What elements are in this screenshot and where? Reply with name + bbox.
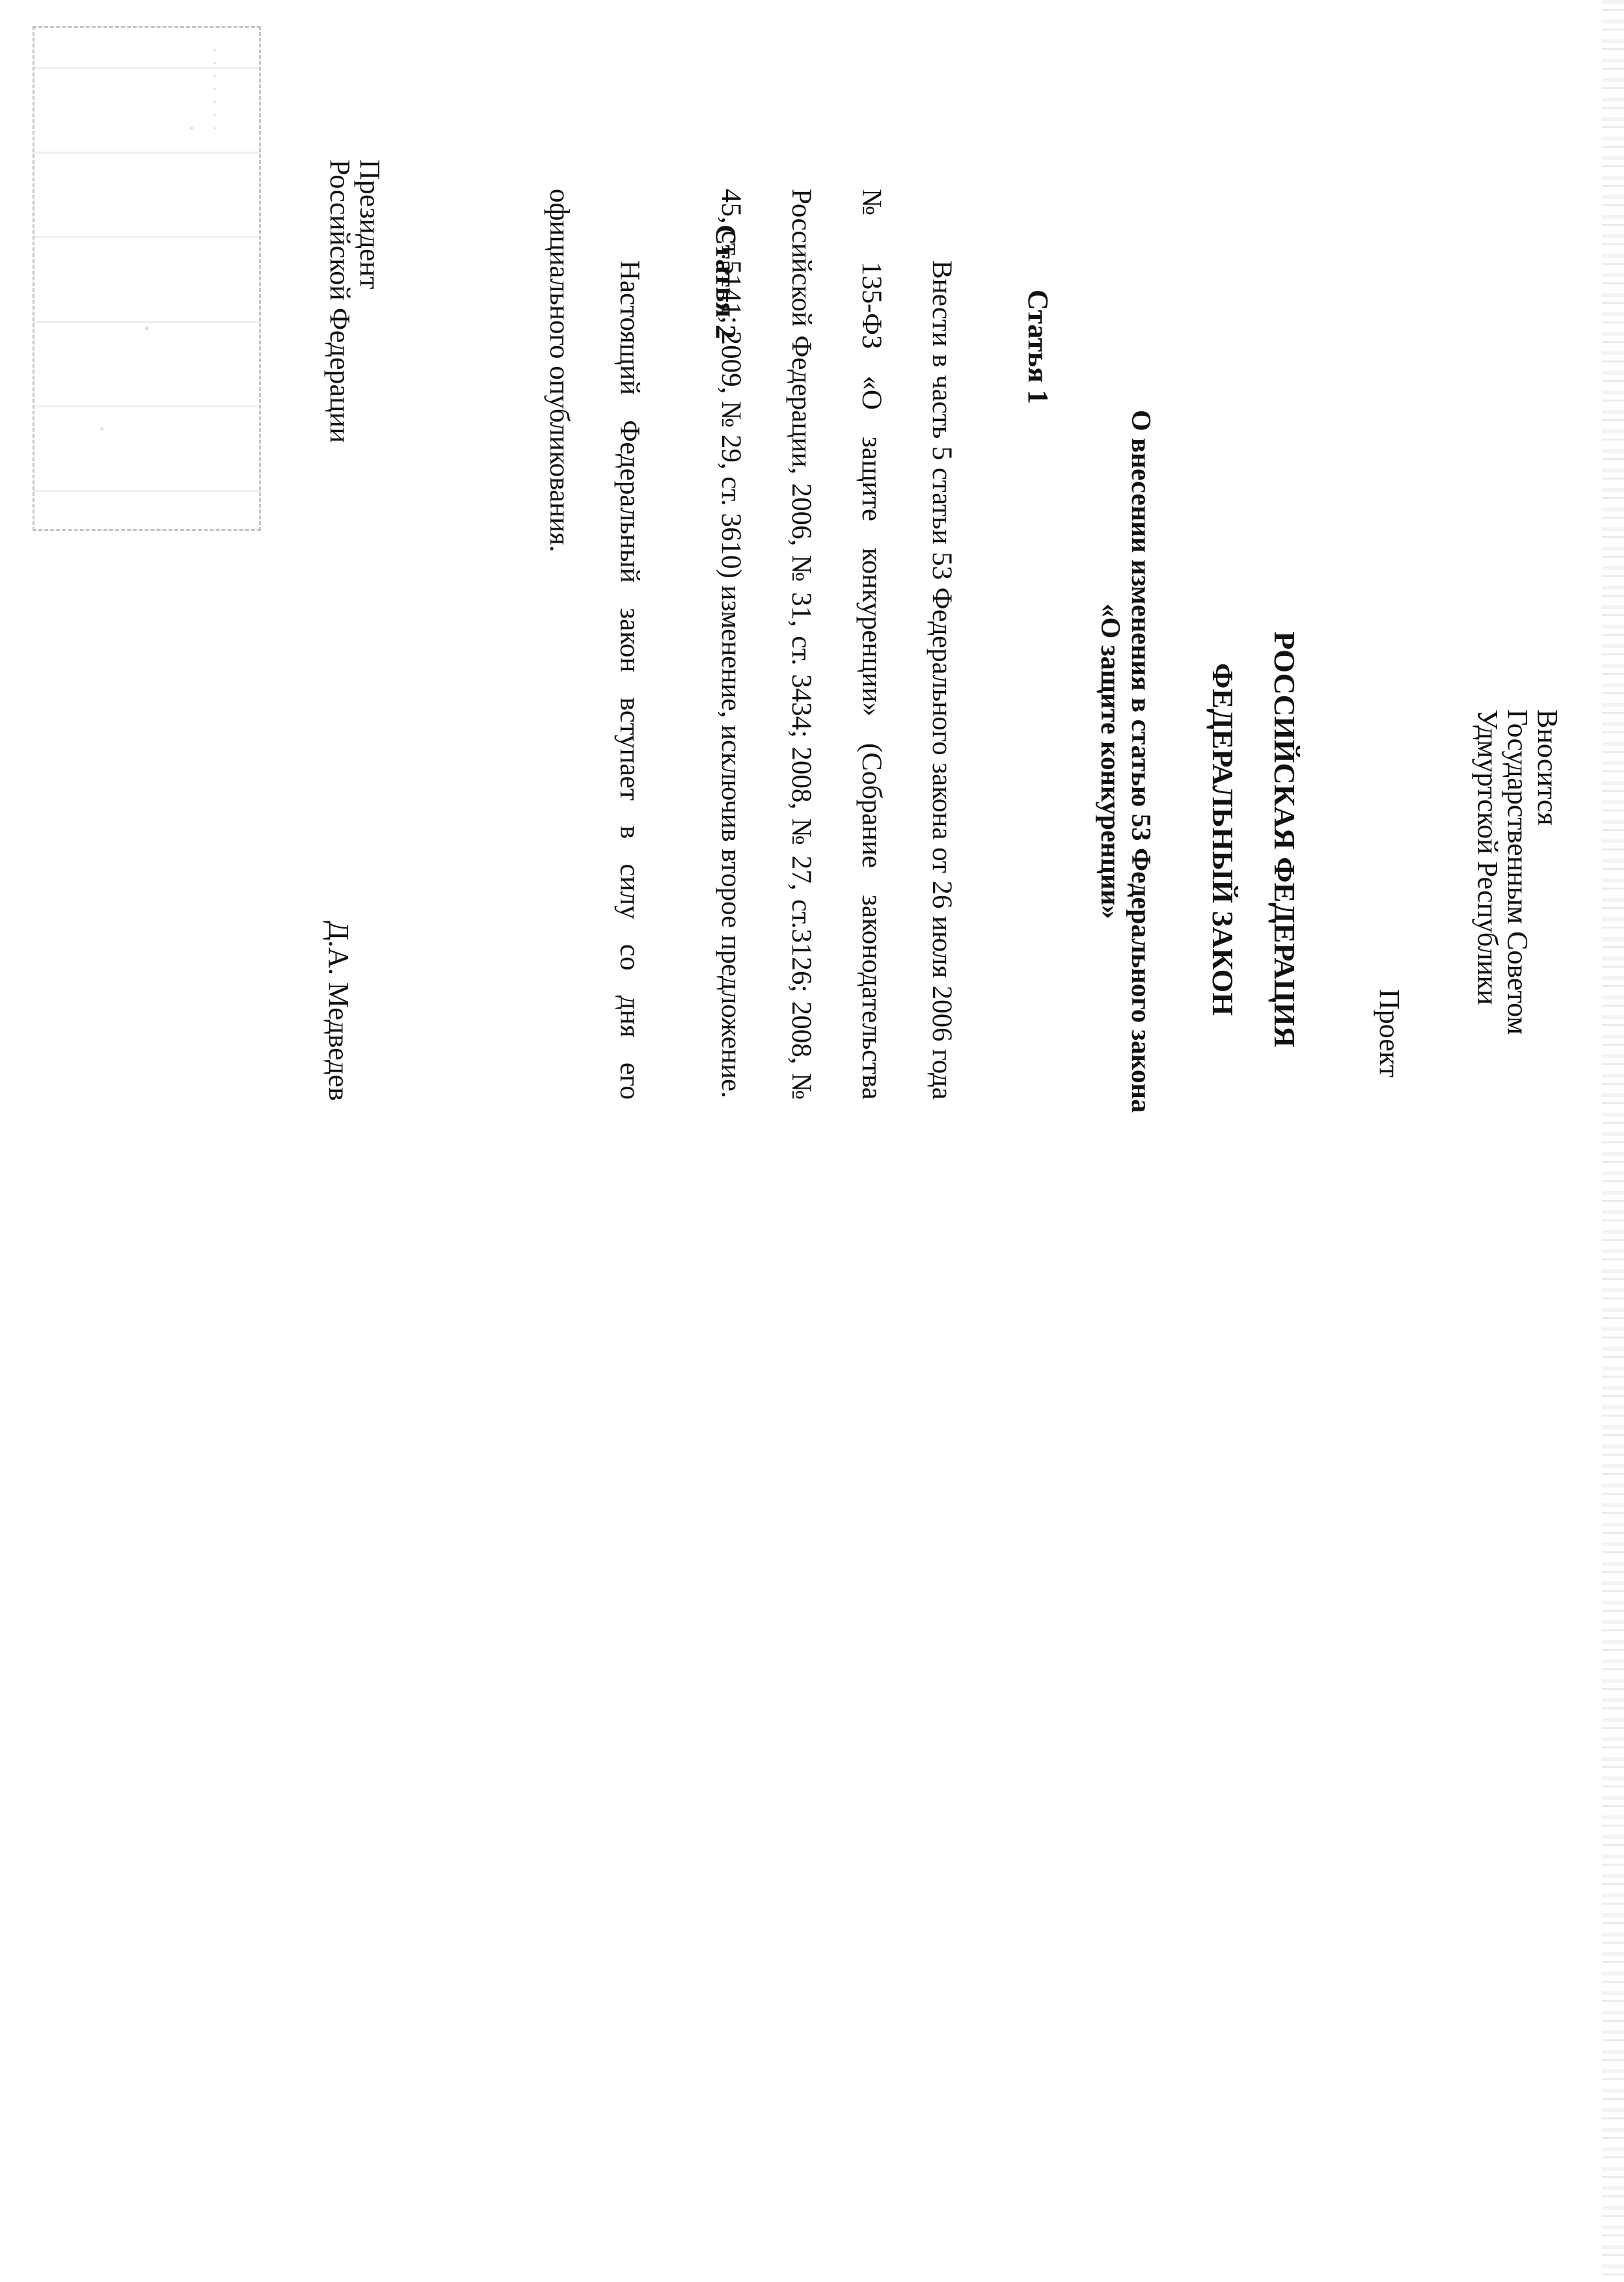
document-page: Вносится Государственным Советом Удмуртс… xyxy=(0,0,1624,2282)
law-title: О внесении изменения в статью 53 Федерал… xyxy=(1094,241,1156,1282)
document-type-heading: ФЕДЕРАЛЬНЫЙ ЗАКОН xyxy=(1206,351,1240,1327)
article-1-heading: Статья 1 xyxy=(1022,290,1055,404)
signatory-title-line: Президент xyxy=(355,159,385,443)
draft-status-label: Проект xyxy=(1373,989,1406,1078)
law-title-line: О внесении изменения в статью 53 Федерал… xyxy=(1125,241,1156,1282)
signatory-title-line: Российской Федерации xyxy=(325,159,355,443)
law-title-line: «О защите конкуренции» xyxy=(1094,241,1125,1282)
article-2-text: Настоящий Федеральный закон вступает в с… xyxy=(524,189,664,1100)
article-2-heading: Статья 2 xyxy=(709,224,742,339)
scan-edge-artifact xyxy=(1602,0,1624,2282)
signatory-title: Президент Российской Федерации xyxy=(325,159,385,443)
signatory-name: Д.А. Медведев xyxy=(322,921,355,1101)
country-heading: РОССИЙСКАЯ ФЕДЕРАЦИЯ xyxy=(1267,351,1302,1327)
submitter-line: Удмуртской Республики xyxy=(1472,709,1502,1035)
submitter-block: Вносится Государственным Советом Удмуртс… xyxy=(1472,709,1562,1035)
submitter-line: Вносится xyxy=(1532,709,1562,1035)
submitter-line: Государственным Советом xyxy=(1502,709,1532,1035)
faded-stamp: · · · · · · · xyxy=(33,26,261,531)
stamp-text: · · · · · · · xyxy=(195,48,233,133)
